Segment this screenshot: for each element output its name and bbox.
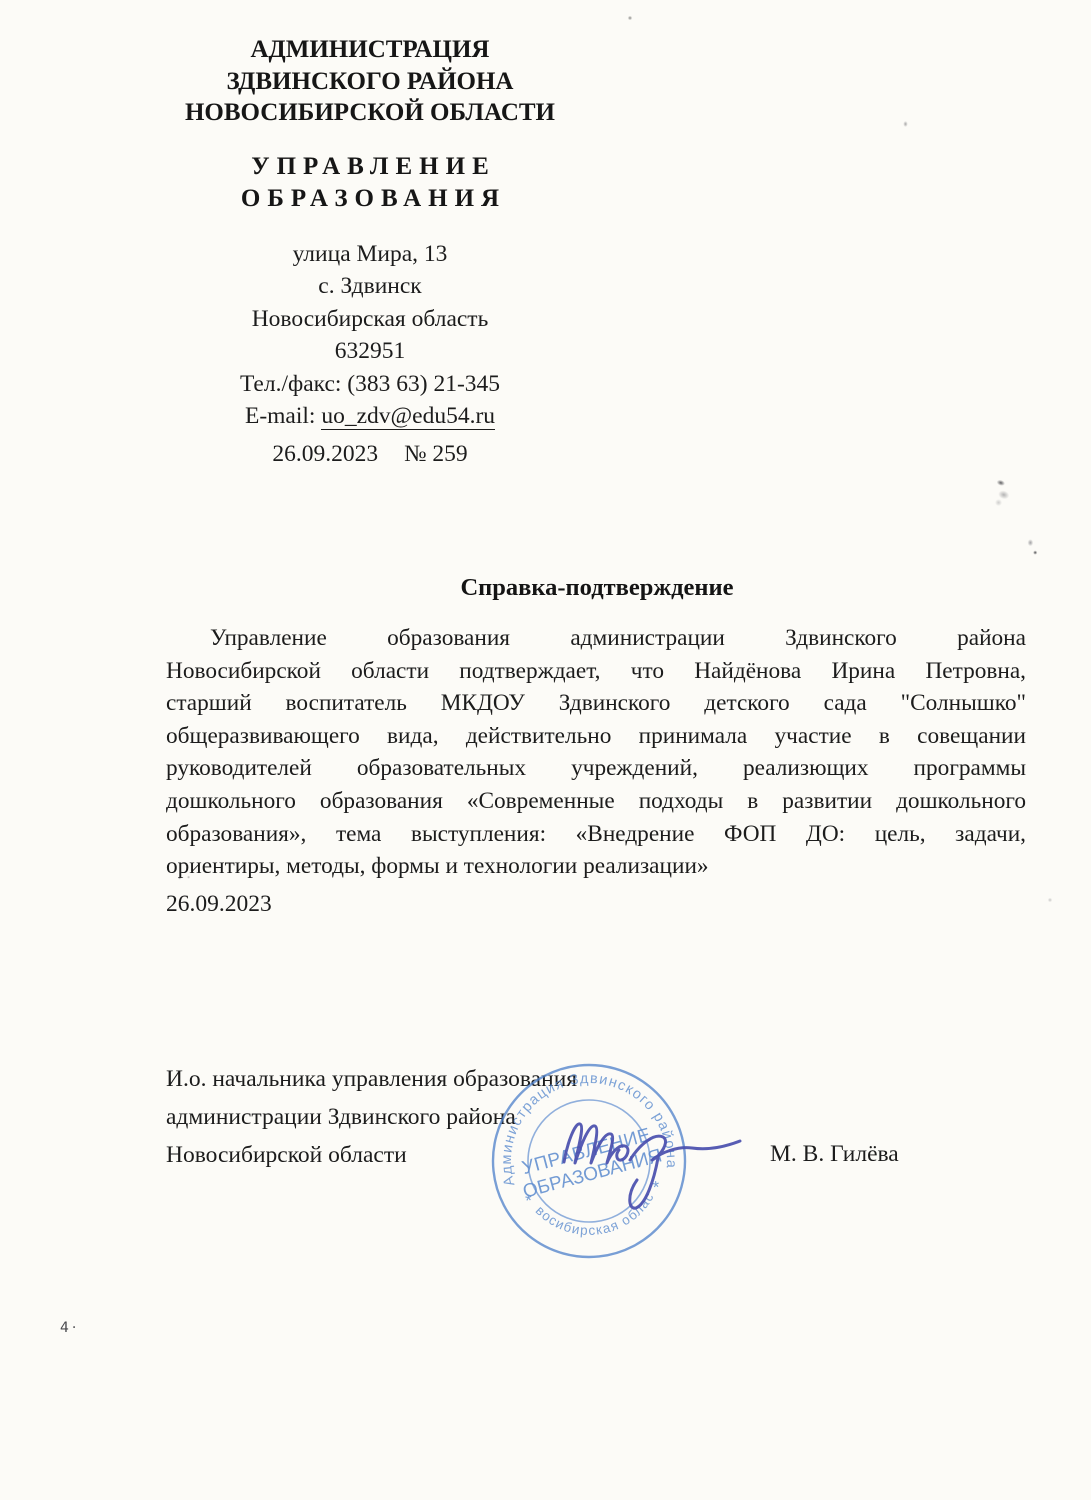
phone-fax: Тел./факс: (383 63) 21-345 — [140, 368, 600, 400]
signatory-name: М. В. Гилёва — [770, 1141, 899, 1168]
document-body: Управление образования администрации Здв… — [166, 622, 1026, 883]
signature-stroke-descender — [630, 1158, 658, 1208]
body-line: дошкольного образования «Современные под… — [166, 785, 1026, 818]
address-settlement: с. Здвинск — [140, 270, 600, 302]
body-line: старший воспитатель МКДОУ Здвинского дет… — [166, 687, 1026, 720]
signature-stroke-loop — [630, 1136, 740, 1160]
org-line-2: ЗДВИНСКОГО РАЙОНА — [140, 66, 600, 98]
letterhead-department: УПРАВЛЕНИЕ ОБРАЗОВАНИЯ — [140, 151, 600, 215]
body-line: Управление образования администрации Здв… — [166, 622, 1026, 655]
scan-artifact-mark: 4· — [60, 1320, 79, 1336]
address-region: Новосибирская область — [140, 303, 600, 335]
body-line: Новосибирской области подтверждает, что … — [166, 655, 1026, 688]
email-label: E-mail: — [245, 403, 321, 429]
email-address: uo_zdv@edu54.ru — [321, 403, 495, 430]
body-line: образования», тема выступления: «Внедрен… — [166, 818, 1026, 851]
scanned-document-page: АДМИНИСТРАЦИЯ ЗДВИНСКОГО РАЙОНА НОВОСИБИ… — [0, 0, 1091, 1500]
reference-number: № 259 — [404, 441, 468, 467]
document-date: 26.09.2023 — [166, 891, 272, 918]
address-postcode: 632951 — [140, 335, 600, 367]
body-line: ориентиры, методы, формы и технологии ре… — [166, 850, 1026, 883]
scan-artifact — [903, 120, 908, 128]
document-title: Справка-подтверждение — [166, 574, 1028, 602]
reference-line: 26.09.2023№ 259 — [140, 441, 600, 468]
email-line: E-mail: uo_zdv@edu54.ru — [140, 400, 600, 432]
letterhead-organization: АДМИНИСТРАЦИЯ ЗДВИНСКОГО РАЙОНА НОВОСИБИ… — [140, 34, 600, 129]
scan-artifact — [1046, 896, 1054, 904]
scan-artifact — [1024, 535, 1040, 557]
body-line: общеразвивающего вида, действительно при… — [166, 720, 1026, 753]
address-street: улица Мира, 13 — [140, 238, 600, 270]
scan-artifact — [626, 14, 634, 22]
dept-line-1: УПРАВЛЕНИЕ — [140, 151, 600, 183]
dept-line-2: ОБРАЗОВАНИЯ — [140, 183, 600, 215]
body-line: руководителей образовательных учреждений… — [166, 752, 1026, 785]
signature-stroke-main — [564, 1124, 628, 1163]
letterhead-contacts: улица Мира, 13 с. Здвинск Новосибирская … — [140, 238, 600, 432]
org-line-3: НОВОСИБИРСКОЙ ОБЛАСТИ — [140, 97, 600, 129]
reference-date: 26.09.2023 — [272, 441, 378, 467]
org-line-1: АДМИНИСТРАЦИЯ — [140, 34, 600, 66]
scan-artifact — [986, 475, 1020, 512]
handwritten-signature — [548, 1096, 762, 1246]
